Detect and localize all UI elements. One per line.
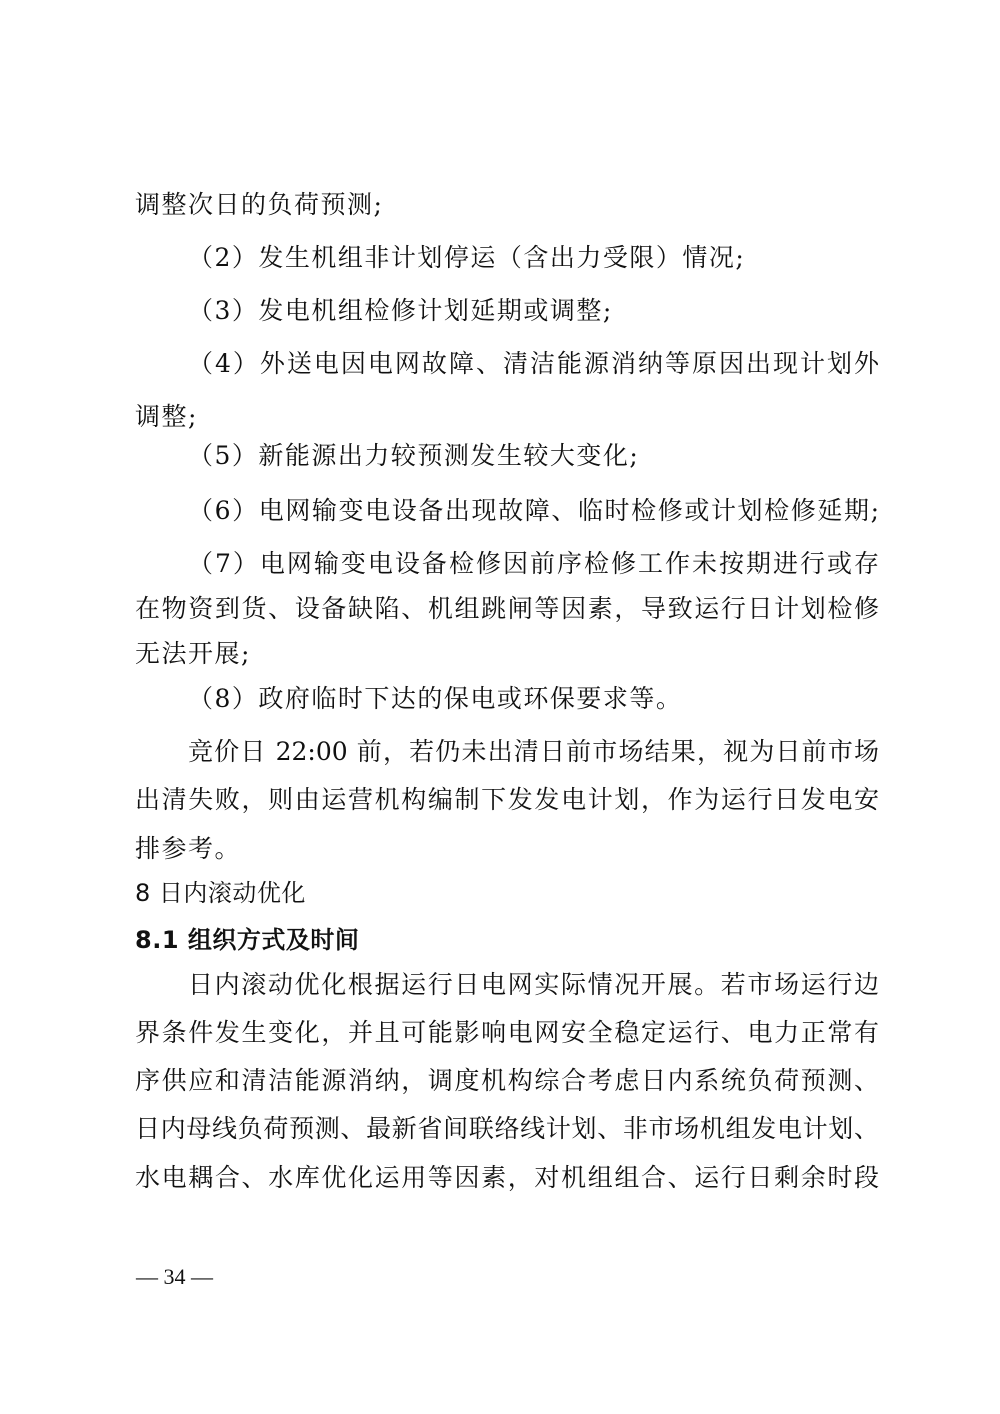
paragraph-line: 无法开展;	[135, 639, 251, 669]
paragraph-line: 日内母线负荷预测、最新省间联络线计划、非市场机组发电计划、	[135, 1114, 879, 1144]
paragraph-line: （7）电网输变电设备检修因前序检修工作未按期进行或存	[188, 549, 879, 579]
paragraph-line: 调整次日的负荷预测;	[135, 190, 383, 220]
document-page: 调整次日的负荷预测;（2）发生机组非计划停运（含出力受限）情况;（3）发电机组检…	[0, 0, 1000, 1414]
paragraph-line: 界条件发生变化，并且可能影响电网安全稳定运行、电力正常有	[135, 1018, 879, 1048]
paragraph-line: 水电耦合、水库优化运用等因素，对机组组合、运行日剩余时段	[135, 1163, 879, 1193]
subsection-heading: 8.1 组织方式及时间	[135, 925, 359, 955]
paragraph-line: （4）外送电因电网故障、清洁能源消纳等原因出现计划外	[188, 349, 879, 379]
paragraph-line: （8）政府临时下达的保电或环保要求等。	[188, 684, 682, 714]
paragraph-line: 调整;	[135, 402, 198, 432]
paragraph-line: 序供应和清洁能源消纳，调度机构综合考虑日内系统负荷预测、	[135, 1066, 879, 1096]
paragraph-line: （5）新能源出力较预测发生较大变化;	[188, 441, 639, 471]
paragraph-line: 日内滚动优化根据运行日电网实际情况开展。若市场运行边	[188, 970, 879, 1000]
paragraph-line: （6）电网输变电设备出现故障、临时检修或计划检修延期;	[188, 496, 879, 526]
page-number: — 34 —	[136, 1264, 213, 1290]
paragraph-line: 排参考。	[135, 834, 241, 864]
paragraph-line: 出清失败，则由运营机构编制下发发电计划，作为运行日发电安	[135, 785, 879, 815]
section-heading: 8 日内滚动优化	[135, 878, 306, 908]
paragraph-line: 在物资到货、设备缺陷、机组跳闸等因素，导致运行日计划检修	[135, 594, 879, 624]
paragraph-line: 竞价日 22:00 前，若仍未出清日前市场结果，视为日前市场	[188, 737, 879, 767]
paragraph-line: （2）发生机组非计划停运（含出力受限）情况;	[188, 243, 745, 273]
paragraph-line: （3）发电机组检修计划延期或调整;	[188, 296, 613, 326]
